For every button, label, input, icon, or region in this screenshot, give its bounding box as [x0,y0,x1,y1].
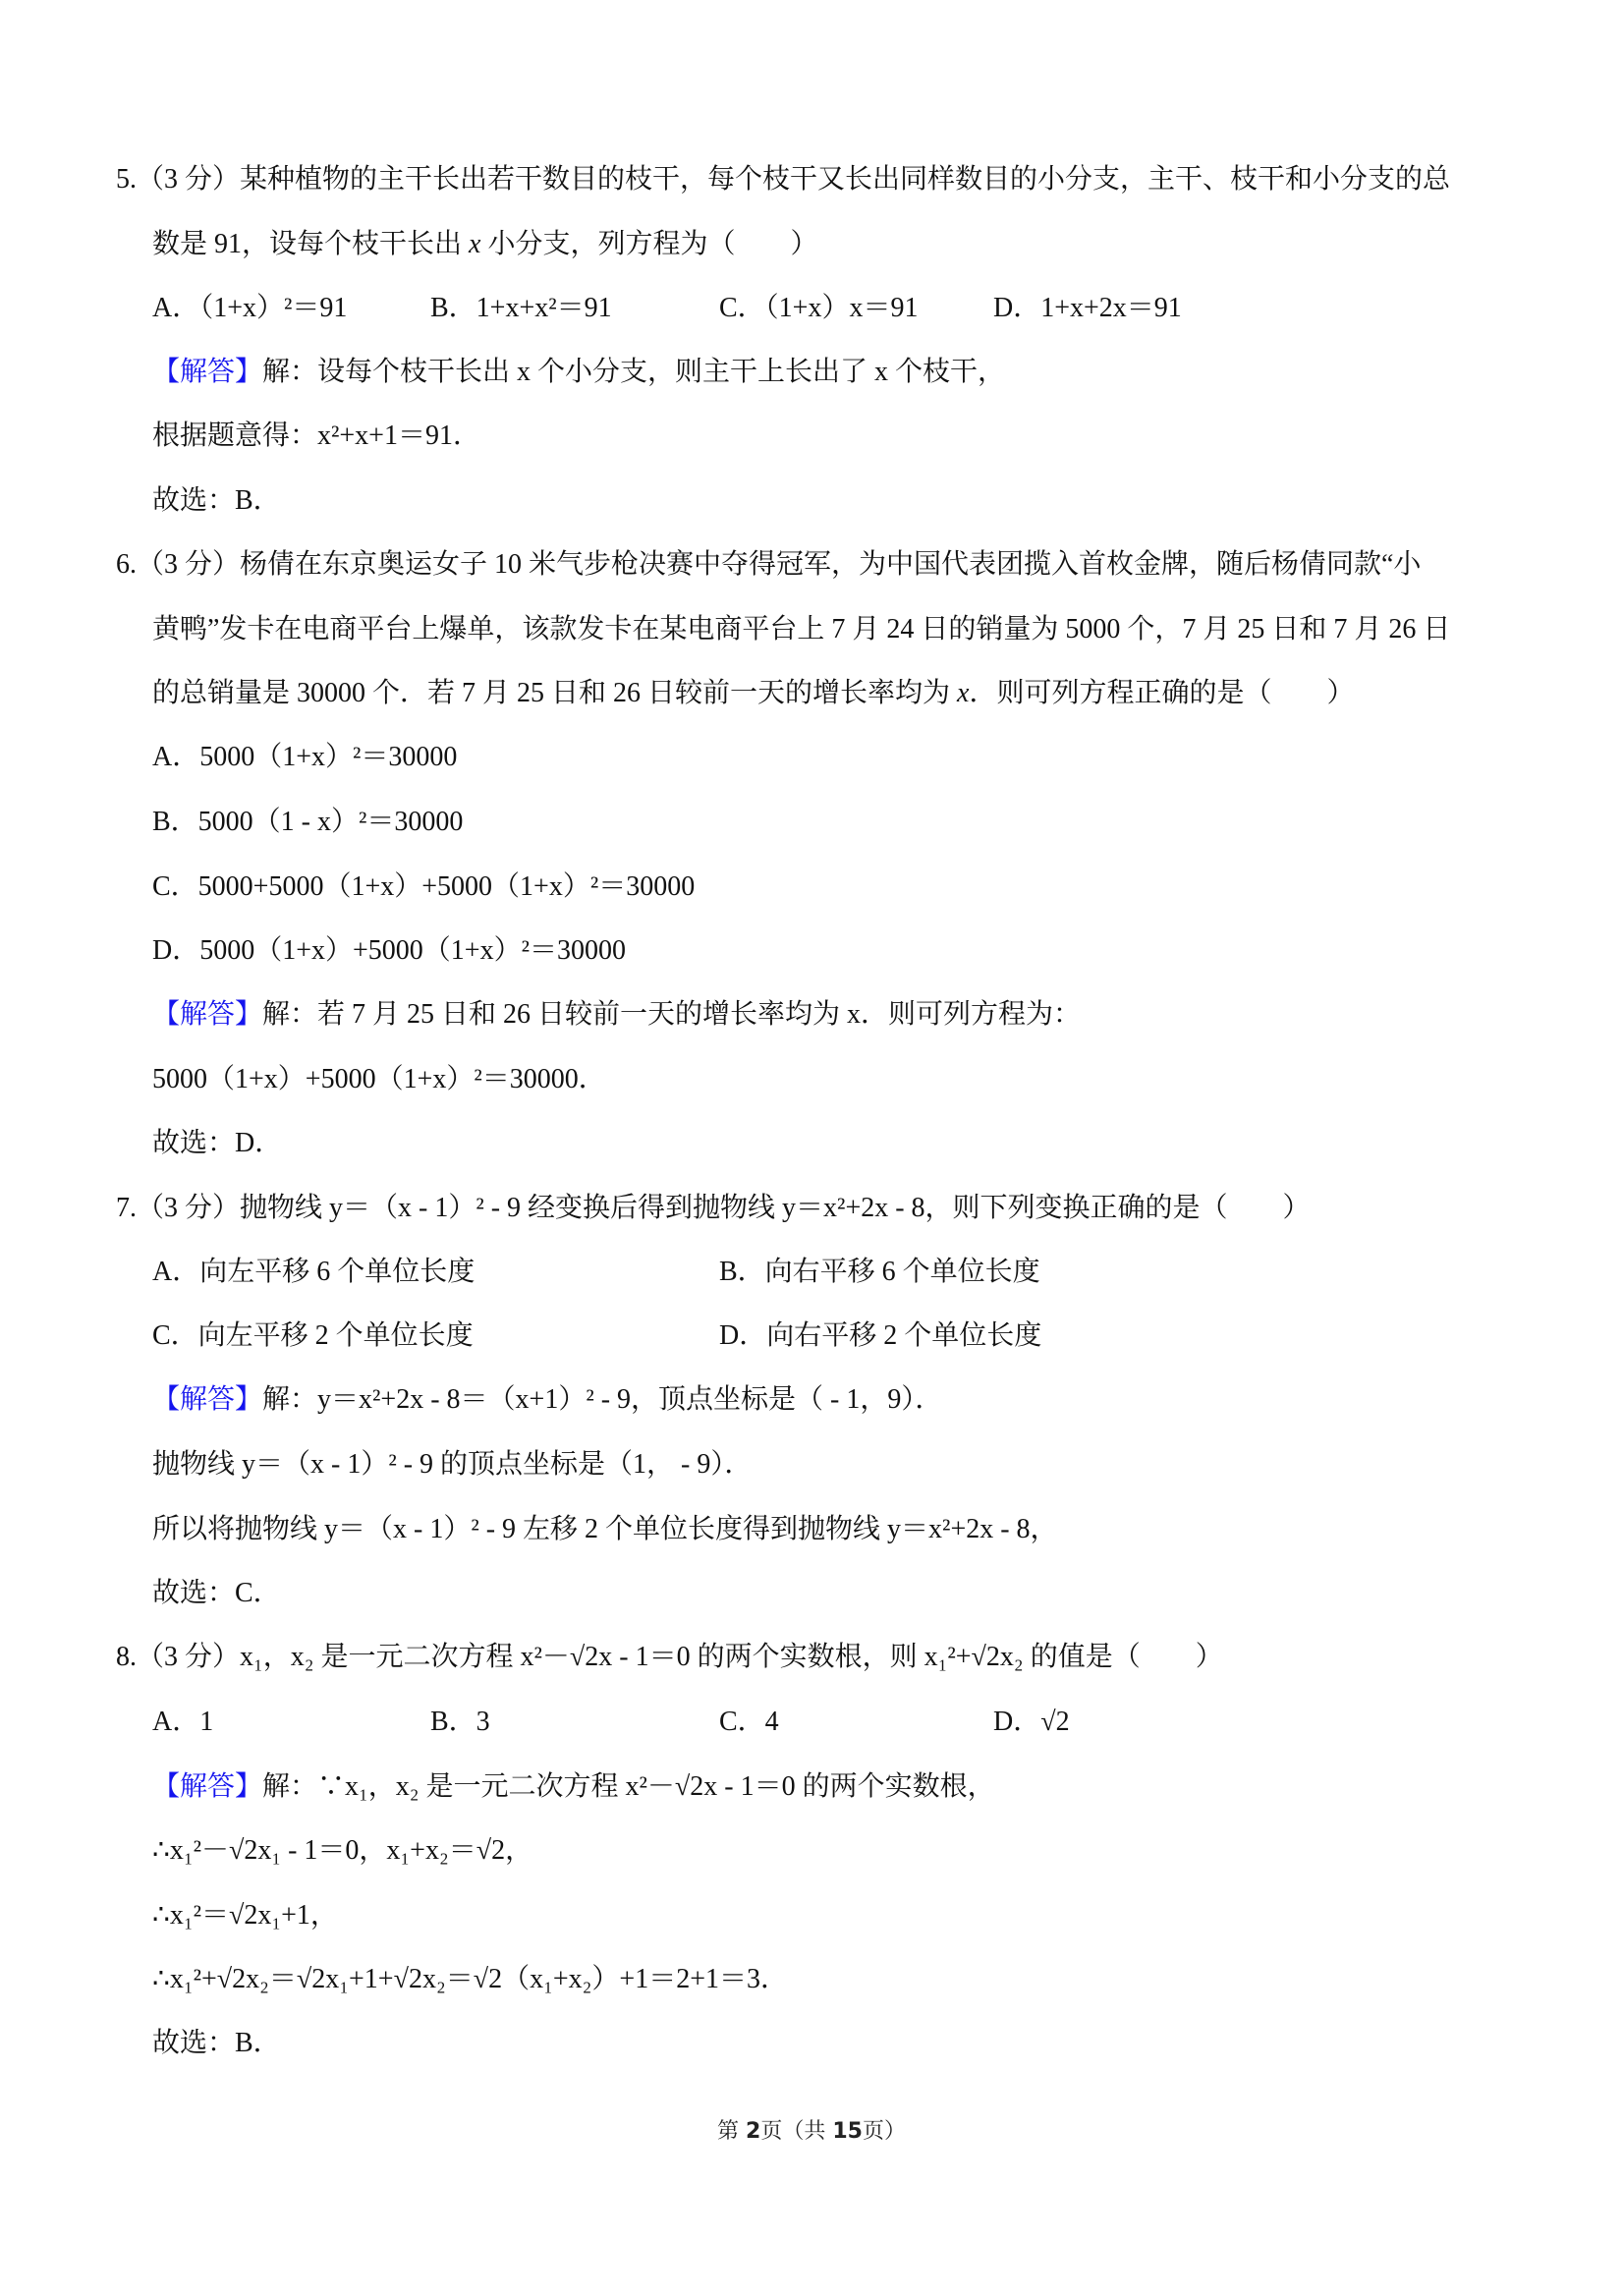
question-7-option-c[interactable]: C．向左平移 2 个单位长度 [152,1319,474,1353]
question-8-solution-line4: ∴x₁²+√2x₂＝√2x₁+1+√2x₂＝√2（x₁+x₂）+1＝2+1＝3． [152,1963,788,1996]
answer-tag: 【解答】 [152,999,262,1030]
answer-tag: 【解答】 [152,1771,262,1802]
question-7-stem: 7.（3 分）抛物线 y＝（x - 1）² - 9 经变换后得到抛物线 y＝x²… [116,1192,1311,1225]
stem-text: 的总销量是 30000 个．若 7 月 25 日和 26 日较前一天的增长率均为 [152,678,957,708]
question-7-solution-line1: 【解答】解：y＝x²+2x - 8＝（x+1）² - 9，顶点坐标是（ - 1，… [152,1383,942,1417]
question-8-option-d[interactable]: D．√2 [993,1706,1070,1739]
question-7-option-b[interactable]: B．向右平移 6 个单位长度 [719,1256,1040,1289]
question-8-solution-line1: 【解答】解：∵x₁，x₂ 是一元二次方程 x²－√2x - 1＝0 的两个实数根… [152,1770,995,1804]
footer-suffix: 页） [863,2119,906,2144]
question-5-option-d[interactable]: D．1+x+2x＝91 [993,292,1182,325]
footer-prefix: 第 [717,2119,746,2144]
question-5-solution-line1: 【解答】解：设每个枝干长出 x 个小分支，则主干上长出了 x 个枝干， [152,356,1005,389]
question-6-option-b[interactable]: B．5000（1 - x）²＝30000 [152,806,463,839]
question-8-option-c[interactable]: C．4 [719,1706,779,1739]
question-5-stem-line1: 5.（3 分）某种植物的主干长出若干数目的枝干，每个枝干又长出同样数目的小分支，… [116,163,1450,196]
question-6-option-d[interactable]: D．5000（1+x）+5000（1+x）²＝30000 [152,934,626,968]
question-8-answer: 故选：B． [152,2027,281,2060]
variable-x: x [957,678,969,708]
total-page-count: 15 [832,2119,863,2144]
question-6-stem-line3: 的总销量是 30000 个．若 7 月 25 日和 26 日较前一天的增长率均为… [152,677,1354,710]
answer-tag: 【解答】 [152,357,262,387]
variable-x: x [469,229,480,259]
answer-tag: 【解答】 [152,1384,262,1415]
question-7-solution-line2: 抛物线 y＝（x - 1）² - 9 的顶点坐标是（1， - 9）． [152,1448,752,1482]
stem-text: 数是 91，设每个枝干长出 [152,229,469,259]
question-5-option-c[interactable]: C．（1+x）x＝91 [719,292,918,325]
question-6-answer: 故选：D． [152,1127,282,1160]
question-8-option-a[interactable]: A．1 [152,1706,213,1739]
question-6-option-c[interactable]: C．5000+5000（1+x）+5000（1+x）²＝30000 [152,870,695,904]
question-8-solution-line2: ∴x₁²－√2x₁ - 1＝0，x₁+x₂＝√2， [152,1834,532,1868]
page-footer: 第 2页（共 15页） [0,2114,1623,2145]
solution-text: 解：若 7 月 25 日和 26 日较前一天的增长率均为 x．则可列方程为： [262,999,1081,1030]
question-6-option-a[interactable]: A．5000（1+x）²＝30000 [152,741,457,774]
question-5-option-a[interactable]: A．（1+x）²＝91 [152,292,347,325]
stem-text: 小分支，列方程为（ ） [480,229,817,259]
question-8-stem: 8.（3 分）x₁，x₂ 是一元二次方程 x²－√2x - 1＝0 的两个实数根… [116,1641,1223,1674]
current-page-number: 2 [746,2119,760,2144]
question-8-option-b[interactable]: B．3 [430,1706,490,1739]
question-6-stem-line2: 黄鸭”发卡在电商平台上爆单，该款发卡在某电商平台上 7 月 24 日的销量为 5… [152,613,1450,646]
question-6-stem-line1: 6.（3 分）杨倩在东京奥运女子 10 米气步枪决赛中夺得冠军，为中国代表团揽入… [116,548,1421,582]
question-7-option-d[interactable]: D．向右平移 2 个单位长度 [719,1319,1041,1353]
question-5-stem-line2: 数是 91，设每个枝干长出 x 小分支，列方程为（ ） [152,228,817,261]
solution-text: 解：设每个枝干长出 x 个小分支，则主干上长出了 x 个枝干， [262,357,1005,387]
question-5-answer: 故选：B． [152,484,281,518]
question-7-solution-line3: 所以将抛物线 y＝（x - 1）² - 9 左移 2 个单位长度得到抛物线 y＝… [152,1513,1058,1546]
footer-middle: 页（共 [760,2119,832,2144]
stem-text: ．则可列方程正确的是（ ） [969,678,1354,708]
question-6-solution-line1: 【解答】解：若 7 月 25 日和 26 日较前一天的增长率均为 x．则可列方程… [152,998,1081,1032]
question-5-solution-line2: 根据题意得：x²+x+1＝91． [152,420,480,453]
question-8-solution-line3: ∴x₁²＝√2x₁+1， [152,1899,338,1932]
solution-text: 解：∵x₁，x₂ 是一元二次方程 x²－√2x - 1＝0 的两个实数根， [262,1771,995,1802]
question-7-option-a[interactable]: A．向左平移 6 个单位长度 [152,1256,475,1289]
solution-text: 解：y＝x²+2x - 8＝（x+1）² - 9，顶点坐标是（ - 1，9）． [262,1384,942,1415]
question-7-answer: 故选：C． [152,1577,281,1610]
question-5-option-b[interactable]: B．1+x+x²＝91 [430,292,612,325]
question-6-solution-line2: 5000（1+x）+5000（1+x）²＝30000． [152,1063,606,1096]
